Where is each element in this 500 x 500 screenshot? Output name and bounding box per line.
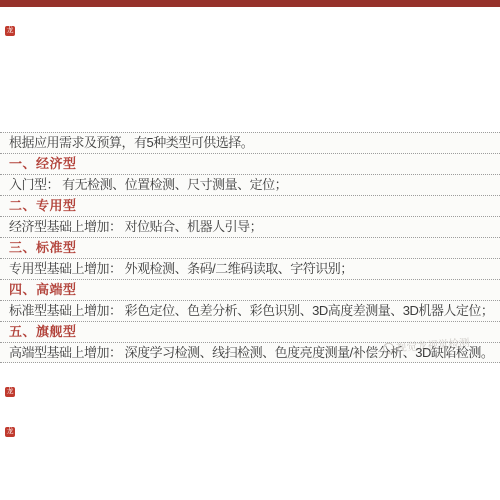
section-4-description: 标准型基础上增加： 彩色定位、色差分析、彩色识别、3D高度差测量、3D机器人定位…: [0, 300, 500, 321]
logo-stamp-icon: 龙: [5, 387, 15, 397]
section-header-5: 五、旗舰型: [0, 321, 500, 342]
top-red-banner: [0, 0, 500, 7]
section-header-4: 四、高端型: [0, 279, 500, 300]
section-5-description: 高端型基础上增加： 深度学习检测、线扫检测、色度亮度测量/补偿分析、3D缺陷检测…: [0, 342, 500, 363]
section-2-description: 经济型基础上增加： 对位贴合、机器人引导；: [0, 216, 500, 237]
section-header-3: 三、标准型: [0, 237, 500, 258]
section-header-2: 二、专用型: [0, 195, 500, 216]
section-1-description: 入门型： 有无检测、位置检测、尺寸测量、定位；: [0, 174, 500, 195]
intro-text: 根据应用需求及预算，有5种类型可供选择。: [0, 132, 500, 153]
type-list: 根据应用需求及预算，有5种类型可供选择。 一、经济型 入门型： 有无检测、位置检…: [0, 132, 500, 363]
section-3-description: 专用型基础上增加： 外观检测、条码/二维码读取、字符识别；: [0, 258, 500, 279]
logo-stamp-icon: 龙: [5, 26, 15, 36]
logo-stamp-icon: 龙: [5, 427, 15, 437]
page: 龙 根据应用需求及预算，有5种类型可供选择。 一、经济型 入门型： 有无检测、位…: [0, 0, 500, 500]
section-header-1: 一、经济型: [0, 153, 500, 174]
